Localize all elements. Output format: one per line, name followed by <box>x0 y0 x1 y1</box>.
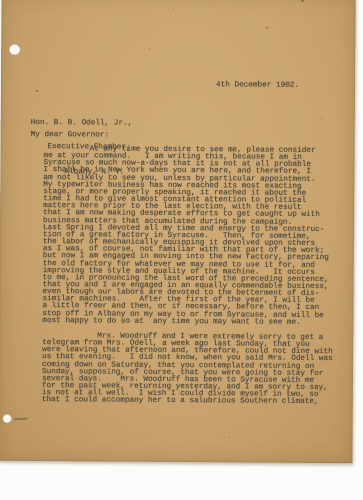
punch-hole-top-icon <box>9 44 20 55</box>
letter-date: 4th December 1902. <box>216 81 299 90</box>
pencil-mark <box>14 418 28 420</box>
recipient-name: Hon. B. B. Odell, Jr., <box>31 119 133 128</box>
paragraph-1: At any time you desire to see me, please… <box>42 146 335 327</box>
letter-line: most happy to do so at any time you may … <box>42 318 334 327</box>
punch-hole-bottom-icon <box>3 414 12 423</box>
letter-page: 4th December 1902. Hon. B. B. Odell, Jr.… <box>0 0 356 463</box>
paper-specks <box>302 0 304 2</box>
scan-background: 4th December 1902. Hon. B. B. Odell, Jr.… <box>0 0 363 500</box>
letter-line: that I could accompany her to a salubrio… <box>42 397 334 406</box>
salutation: My dear Governor: <box>31 131 109 140</box>
letter-body: At any time you desire to see me, please… <box>42 146 336 407</box>
paragraph-2: Mrs. Woodruff and I were extremely sorry… <box>42 333 334 407</box>
